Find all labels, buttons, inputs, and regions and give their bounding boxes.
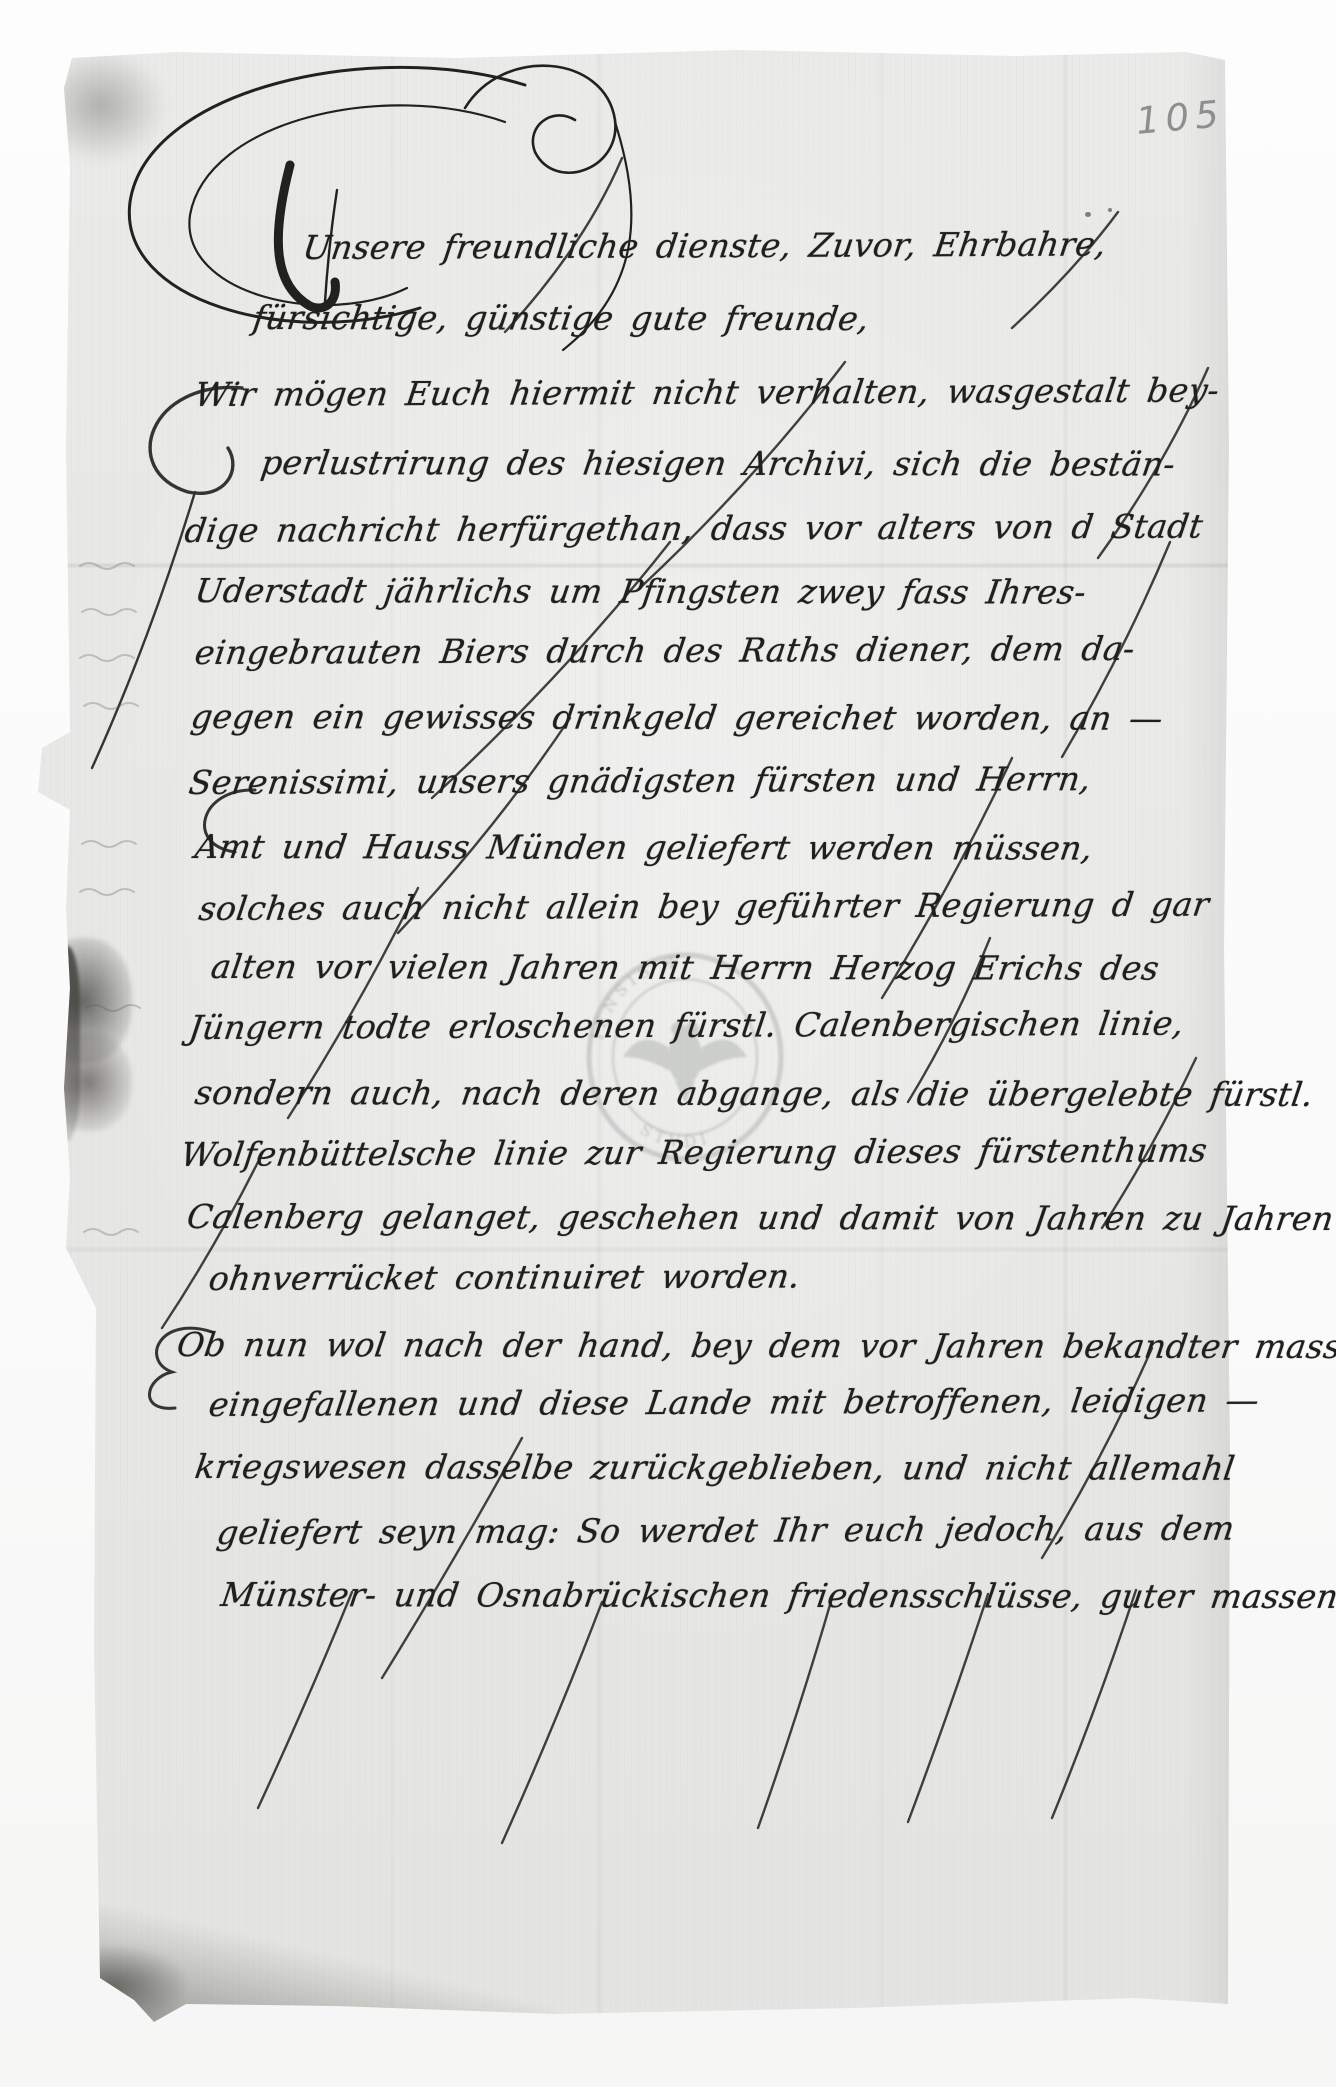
manuscript-line: eingebrauten Biers durch des Raths diene…: [192, 626, 1138, 676]
manuscript-line: kriegswesen dasselbe zurückgeblieben, un…: [192, 1444, 1238, 1492]
left-edge-stain: [44, 1033, 132, 1131]
manuscript-line: geliefert seyn mag: So werdet Ihr euch j…: [214, 1506, 1237, 1556]
manuscript-line: sondern auch, nach deren abgange, als di…: [192, 1070, 1316, 1118]
ink-speck: [1108, 208, 1112, 212]
manuscript-line: ohnverrücket continuiret worden.: [206, 1253, 803, 1302]
document-scan: IENSIS ✠ STVDI: [0, 0, 1336, 2087]
manuscript-line: alten vor vielen Jahren mit Herrn Herzog…: [208, 944, 1162, 992]
manuscript-line: Calenberg gelanget, geschehen und damit …: [184, 1194, 1336, 1242]
manuscript-line: Münster- und Osnabrückischen friedenssch…: [218, 1572, 1336, 1620]
manuscript-line: Wolfenbüttelsche linie zur Regierung die…: [178, 1128, 1210, 1178]
ink-speck: [1085, 212, 1091, 217]
manuscript-line: Uderstadt jährlichs um Pfingsten zwey fa…: [192, 568, 1089, 616]
manuscript-line: Amt und Hauss Münden geliefert werden mü…: [192, 824, 1096, 872]
folio-number: 105: [1134, 92, 1226, 143]
manuscript-line: eingefallenen und diese Lande mit betrof…: [206, 1377, 1262, 1428]
manuscript-line: Ob nun wol nach der hand, bey dem vor Ja…: [174, 1322, 1336, 1370]
bottom-corner-shading: [36, 1946, 186, 2026]
horizontal-fold-crease: [36, 1248, 1232, 1251]
manuscript-line: dige nachricht herfürgethan, dass vor al…: [182, 504, 1206, 554]
manuscript-line: gegen ein gewisses drinkgeld gereichet w…: [188, 694, 1166, 742]
left-edge-stain: [38, 946, 80, 1141]
manuscript-line: Wir mögen Euch hiermit nicht verhalten, …: [192, 368, 1222, 418]
manuscript-line: solches auch nicht allein bey geführter …: [196, 882, 1212, 932]
manuscript-line: Serenissimi, unsers gnädigsten fürsten u…: [186, 756, 1094, 806]
right-edge-shading: [1182, 48, 1232, 2026]
manuscript-line: Jüngern todte erloschenen fürstl. Calenb…: [186, 1001, 1187, 1051]
manuscript-line: perlustrirung des hiesigen Archivi, sich…: [258, 440, 1178, 488]
horizontal-fold-crease: [36, 564, 1232, 567]
calligraphic-initial-flourish: [85, 50, 665, 370]
